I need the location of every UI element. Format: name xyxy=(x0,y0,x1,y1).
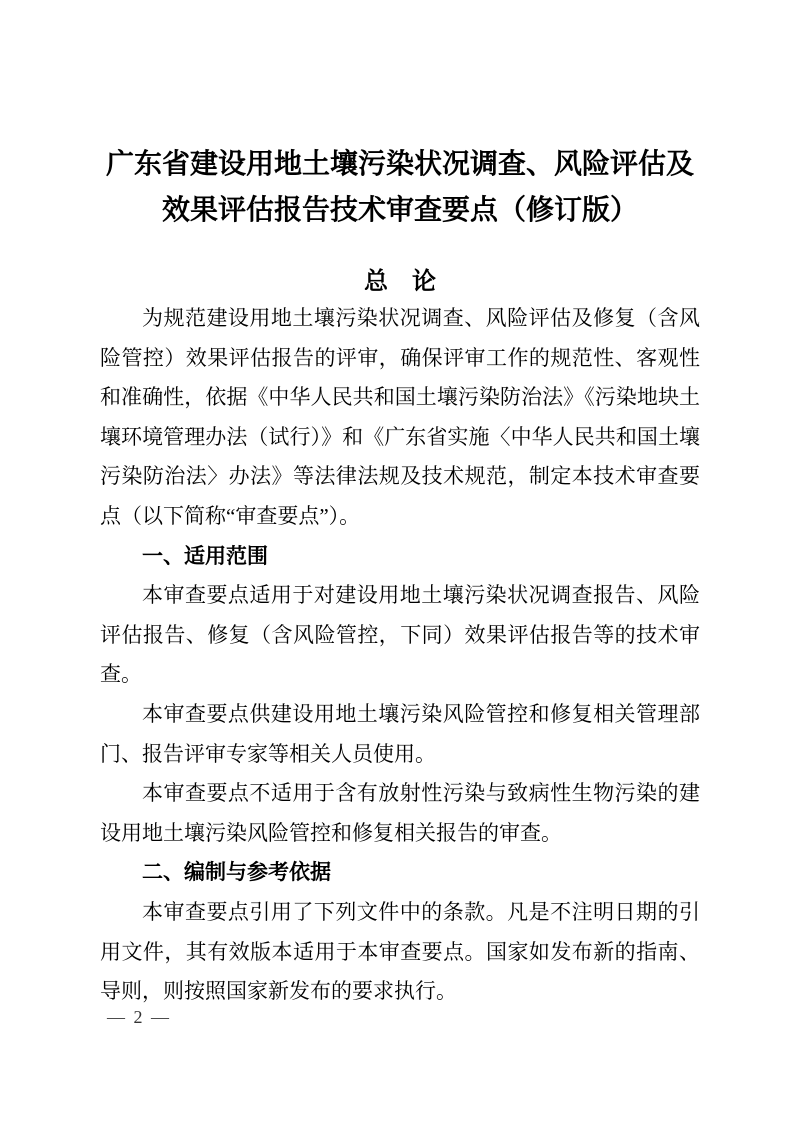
paragraph-references: 本审查要点引用了下列文件中的条款。凡是不注明日期的引用文件，其有效版本适用于本审… xyxy=(100,893,700,1012)
chapter-heading-general: 总 论 xyxy=(100,265,700,299)
document-page: 广东省建设用地土壤污染状况调查、风险评估及 效果评估报告技术审查要点（修订版） … xyxy=(0,0,800,1132)
paragraph-scope-exclusions: 本审查要点不适用于含有放射性污染与致病性生物污染的建设用地土壤污染风险管控和修复… xyxy=(100,774,700,853)
paragraph-scope-applies: 本审查要点适用于对建设用地土壤污染状况调查报告、风险评估报告、修复（含风险管控，… xyxy=(100,576,700,695)
document-title-line-2: 效果评估报告技术审查要点（修订版） xyxy=(100,187,700,233)
paragraph-scope-users: 本审查要点供建设用地土壤污染风险管控和修复相关管理部门、报告评审专家等相关人员使… xyxy=(100,695,700,774)
paragraph-intro: 为规范建设用地土壤污染状况调查、风险评估及修复（含风险管控）效果评估报告的评审，… xyxy=(100,299,700,537)
section-heading-references: 二、编制与参考依据 xyxy=(100,853,700,893)
document-title-line-1: 广东省建设用地土壤污染状况调查、风险评估及 xyxy=(100,141,700,187)
section-heading-scope: 一、适用范围 xyxy=(100,537,700,577)
document-title: 广东省建设用地土壤污染状况调查、风险评估及 效果评估报告技术审查要点（修订版） xyxy=(100,141,700,233)
page-number: — 2 — xyxy=(107,1006,171,1028)
document-content: 广东省建设用地土壤污染状况调查、风险评估及 效果评估报告技术审查要点（修订版） … xyxy=(100,0,700,1012)
